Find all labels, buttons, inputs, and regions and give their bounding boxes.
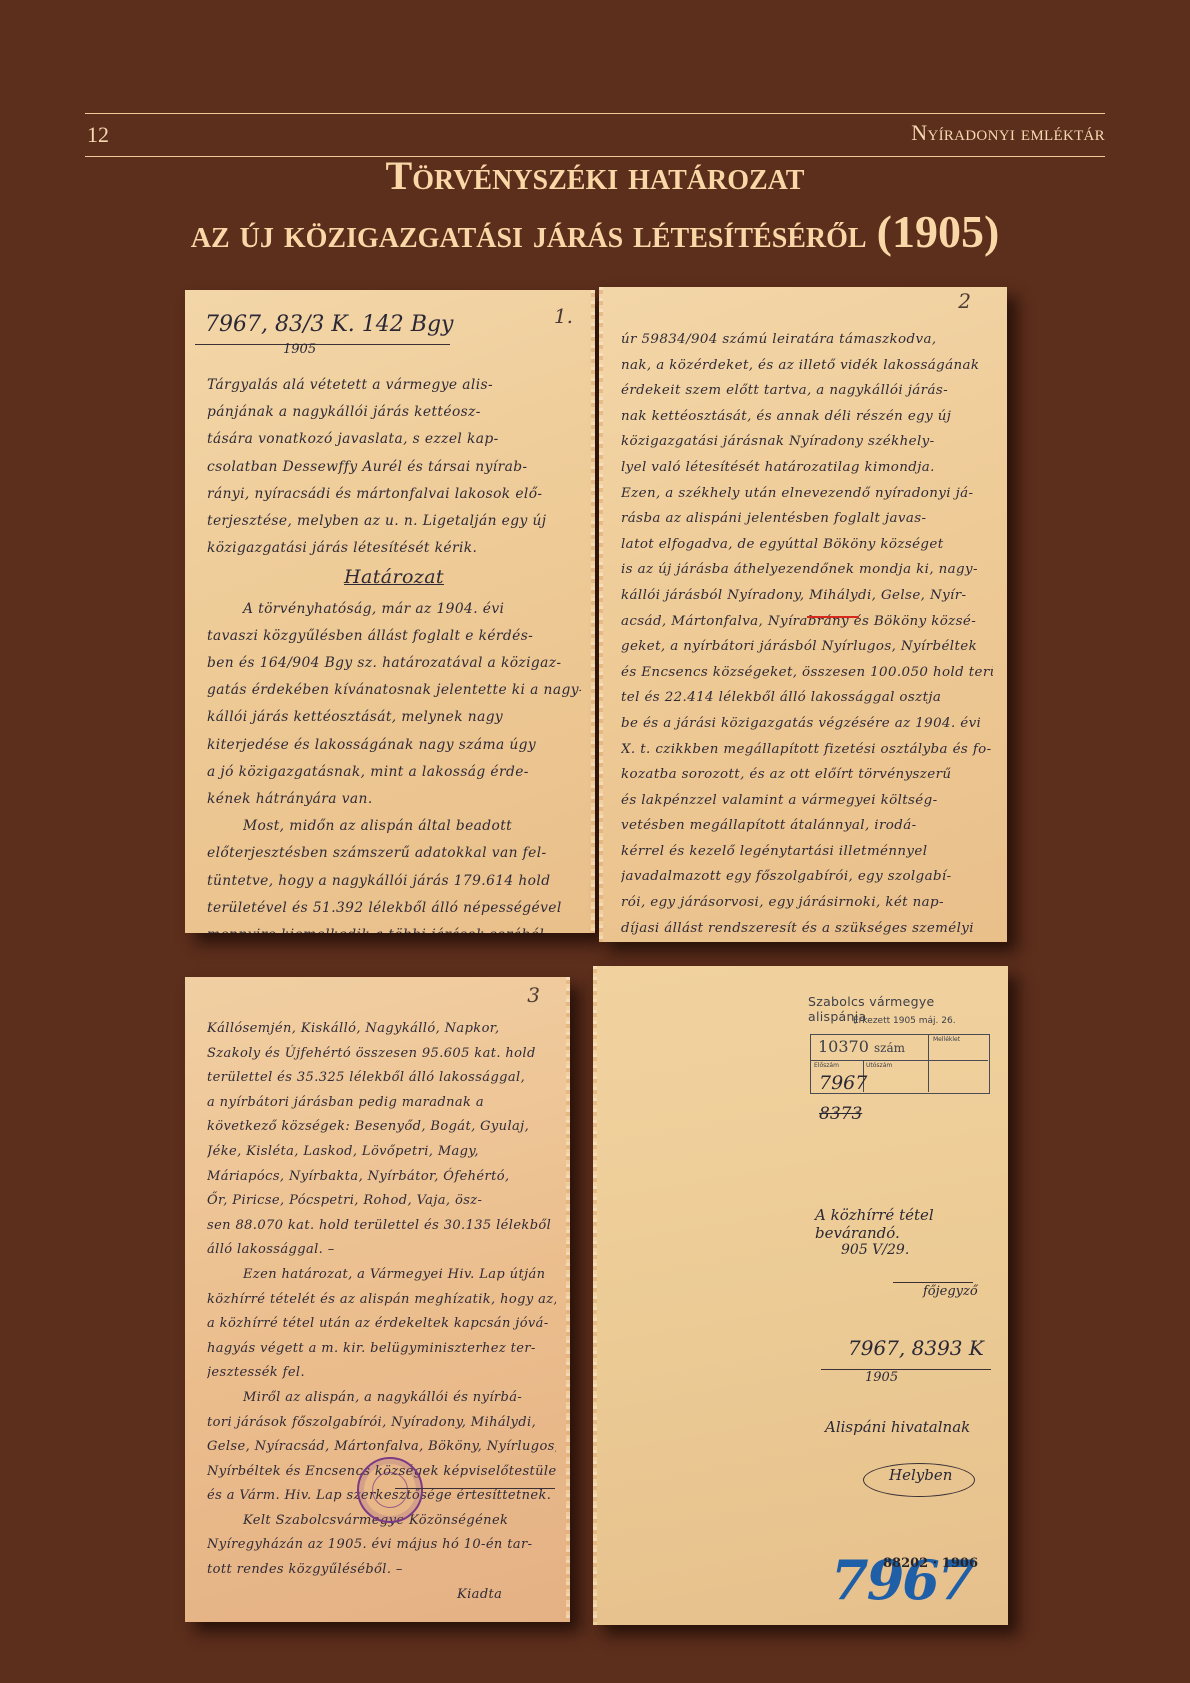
handwritten-line: és dologi kiadásoknak állami javadalmazá…	[621, 941, 993, 942]
note-publication: A közhírré tétel bevárandó.	[815, 1206, 1008, 1242]
handwritten-line: rásba az alispáni jelentésben foglalt ja…	[621, 506, 993, 532]
handwritten-line: Miről az alispán, a nagykállói és nyírbá…	[207, 1386, 556, 1411]
document-sheet-1: 1. 7967, 83/3 K. 142 Bgy 1905 Tárgyalás …	[185, 290, 595, 933]
page-number: 12	[87, 122, 109, 148]
handwritten-line: a nyírbátori járásban pedig maradnak a	[207, 1091, 556, 1116]
note-file-underline	[821, 1369, 991, 1370]
handwritten-line: előterjesztésben számszerű adatokkal van…	[207, 840, 581, 867]
handwritten-line: a közhírré tétel után az érdekeltek kapc…	[207, 1312, 556, 1337]
handwritten-line: hagyás végett a m. kir. belügyminiszterh…	[207, 1337, 556, 1362]
handwritten-line: Szakoly és Újfehértó összesen 95.605 kat…	[207, 1042, 556, 1067]
handwritten-line: A törvényhatóság, már az 1904. évi	[207, 596, 581, 623]
handwritten-line: következő községek: Besenyőd, Bogát, Gyu…	[207, 1115, 556, 1140]
printed-archive-number: 88202 · 1906	[883, 1556, 978, 1571]
handwritten-line: geket, a nyírbátori járásból Nyírlugos, …	[621, 634, 993, 660]
handwritten-line: nak kettéosztását, és annak déli részén …	[621, 404, 993, 430]
note-signer-title: főjegyző	[923, 1284, 978, 1299]
handwritten-line: kállói járás kettéosztását, melynek nagy	[207, 704, 581, 731]
handwritten-line: gatás érdekében kívánatosnak jelentette …	[207, 677, 581, 704]
reference-number: 7967, 83/3 K. 142 Bgy	[205, 312, 453, 337]
handwritten-line: mennyire kiemelkedik a többi járások sor…	[207, 922, 581, 933]
stamp-received-date: Érkezett 1905 máj. 26.	[853, 1016, 956, 1026]
stamp-registry-number: 10370 szám	[818, 1037, 905, 1056]
handwritten-line: javadalmazott egy főszolgabírói, egy szo…	[621, 864, 993, 890]
handwritten-extra-number: 8373	[819, 1104, 862, 1124]
handwritten-line: területtel és 35.325 lélekből álló lakos…	[207, 1066, 556, 1091]
handwritten-line: kének hátrányára van.	[207, 786, 581, 813]
sheet-page-mark: 3	[527, 983, 540, 1007]
handwritten-line: közigazgatási járásnak Nyíradony székhel…	[621, 429, 993, 455]
handwritten-line: sen 88.070 kat. hold területtel és 30.13…	[207, 1214, 556, 1239]
handwritten-line: Nyíregyházán az 1905. évi május hó 10-én…	[207, 1533, 556, 1558]
note-place: Helyben	[889, 1466, 952, 1484]
torn-edge	[599, 287, 603, 942]
seal-emblem-icon	[372, 1472, 408, 1508]
stamp-attachments-label: Melléklet	[933, 1036, 960, 1043]
page-title-line-2: az új közigazgatási járás létesítéséről …	[0, 205, 1190, 258]
handwritten-line: Kiadta	[207, 1583, 556, 1608]
handwritten-line: közhírré tételét és az alispán meghízati…	[207, 1288, 556, 1313]
torn-edge	[593, 966, 597, 1625]
stamp-later-label: Utószám	[866, 1062, 892, 1069]
running-head: Nyíradonyi emléktár	[911, 120, 1105, 146]
handwritten-line: latot elfogadva, de egyúttal Bököny közs…	[621, 532, 993, 558]
handwritten-line: közigazgatási járás létesítését kérik.	[207, 535, 581, 562]
handwritten-line: pánjának a nagykállói járás kettéosz-	[207, 399, 581, 426]
page-title-line-1: Törvényszéki határozat	[0, 152, 1190, 199]
page-title-subtitle: az új közigazgatási járás létesítéséről	[191, 211, 867, 256]
reference-year: 1905	[283, 342, 316, 357]
handwritten-line: acsád, Mártonfalva, Nyírabrány és Bököny…	[621, 609, 993, 635]
handwritten-line: tüntetve, hogy a nagykállói járás 179.61…	[207, 868, 581, 895]
header-rule-top	[85, 113, 1105, 114]
note-file-year: 1905	[865, 1370, 898, 1385]
handwritten-line: kiterjedése és lakosságának nagy száma ú…	[207, 732, 581, 759]
note-date: 905 V/29.	[841, 1242, 909, 1258]
handwritten-line: álló lakossággal. –	[207, 1238, 556, 1263]
handwritten-line: Jéke, Kisléta, Laskod, Lövőpetri, Magy,	[207, 1140, 556, 1165]
handwritten-line: Most, midőn az alispán által beadott	[207, 813, 581, 840]
handwritten-line: nak, a közérdeket, és az illető vidék la…	[621, 353, 993, 379]
handwritten-line: díjasi állást rendszeresít és a szüksége…	[621, 916, 993, 942]
signature-line	[893, 1282, 973, 1283]
handwritten-line: Ezen, a székhely után elnevezendő nyírad…	[621, 481, 993, 507]
handwritten-line: Őr, Piricse, Pócspetri, Rohod, Vaja, ösz…	[207, 1189, 556, 1214]
handwritten-line: területével és 51.392 lélekből álló népe…	[207, 895, 581, 922]
handwritten-line: kállói járásból Nyíradony, Mihálydi, Gel…	[621, 583, 993, 609]
handwritten-line: úr 59834/904 számú leiratára támaszkodva…	[621, 327, 993, 353]
handwritten-text: úr 59834/904 számú leiratára támaszkodva…	[621, 327, 993, 942]
handwritten-line: is az új járásba áthelyezendőnek mondja …	[621, 557, 993, 583]
handwritten-line: és lakpénzzel valamint a vármegyei költs…	[621, 788, 993, 814]
page-title-year: (1905)	[877, 206, 1000, 257]
handwritten-line: Kállósemjén, Kiskálló, Nagykálló, Napkor…	[207, 1017, 556, 1042]
handwritten-line: Máriapócs, Nyírbakta, Nyírbátor, Ófehért…	[207, 1165, 556, 1190]
handwritten-line: tavaszi közgyűlésben állást foglalt e ké…	[207, 623, 581, 650]
handwritten-line: jesztessék fel.	[207, 1361, 556, 1386]
stamp-prior-label: Előszám	[814, 1062, 839, 1069]
document-sheet-4: Szabolcs vármegye alispánja Érkezett 190…	[593, 966, 1008, 1625]
handwritten-line: tel és 22.414 lélekből álló lakossággal …	[621, 685, 993, 711]
reference-underline	[195, 344, 450, 345]
handwritten-line: csolatban Dessewffy Aurél és társai nyír…	[207, 454, 581, 481]
torn-edge	[566, 977, 570, 1622]
note-file-number: 7967, 8393 K	[848, 1336, 984, 1360]
handwritten-line: a jó közigazgatásnak, mint a lakosság ér…	[207, 759, 581, 786]
signature-line	[395, 1488, 555, 1489]
handwritten-line: tott rendes közgyűléséből. –	[207, 1558, 556, 1583]
handwritten-line: és Encsencs községeket, összesen 100.050…	[621, 660, 993, 686]
red-underline-mark	[807, 616, 859, 618]
handwritten-line: rói, egy járásorvosi, egy járásirnoki, k…	[621, 890, 993, 916]
handwritten-line: érdekeit szem előtt tartva, a nagykállói…	[621, 378, 993, 404]
document-sheet-3: 3 Kállósemjén, Kiskálló, Nagykálló, Napk…	[185, 977, 570, 1622]
sheet-page-mark: 2	[958, 289, 971, 313]
handwritten-line: rányi, nyíracsádi és mártonfalvai lakoso…	[207, 481, 581, 508]
document-sheet-2: 2 úr 59834/904 számú leiratára támaszkod…	[599, 287, 1007, 942]
handwritten-line: be és a járási közigazgatás végzésére az…	[621, 711, 993, 737]
note-addressee: Alispáni hivatalnak	[825, 1418, 970, 1436]
handwritten-line: Határozat	[207, 562, 581, 595]
handwritten-prior-number: 7967	[819, 1072, 867, 1094]
handwritten-line: kérrel és kezelő legénytartási illetménn…	[621, 839, 993, 865]
handwritten-line: Ezen határozat, a Vármegyei Hiv. Lap útj…	[207, 1263, 556, 1288]
handwritten-text: Kállósemjén, Kiskálló, Nagykálló, Napkor…	[207, 1017, 556, 1622]
handwritten-line: tori járások főszolgabírói, Nyíradony, M…	[207, 1411, 556, 1436]
handwritten-line: terjesztése, melyben az u. n. Ligetalján…	[207, 508, 581, 535]
handwritten-line: Tárgyalás alá vétetett a vármegye alis-	[207, 372, 581, 399]
torn-edge	[591, 290, 595, 933]
handwritten-text: Tárgyalás alá vétetett a vármegye alis-p…	[207, 372, 581, 933]
handwritten-line: kozatba sorozott, és az ott előírt törvé…	[621, 762, 993, 788]
handwritten-line: tására vonatkozó javaslata, s ezzel kap-	[207, 426, 581, 453]
county-seal	[357, 1457, 423, 1523]
handwritten-line: X. t. czikkben megállapított fizetési os…	[621, 737, 993, 763]
handwritten-line: ben és 164/904 Bgy sz. határozatával a k…	[207, 650, 581, 677]
handwritten-line: Gelse, Nyíracsád, Mártonfalva, Bököny, N…	[207, 1435, 556, 1460]
handwritten-line: lyel való létesítését határozatilag kimo…	[621, 455, 993, 481]
sheet-page-mark: 1.	[554, 304, 573, 328]
handwritten-line: vetésben megállapított átalánnyal, irodá…	[621, 813, 993, 839]
